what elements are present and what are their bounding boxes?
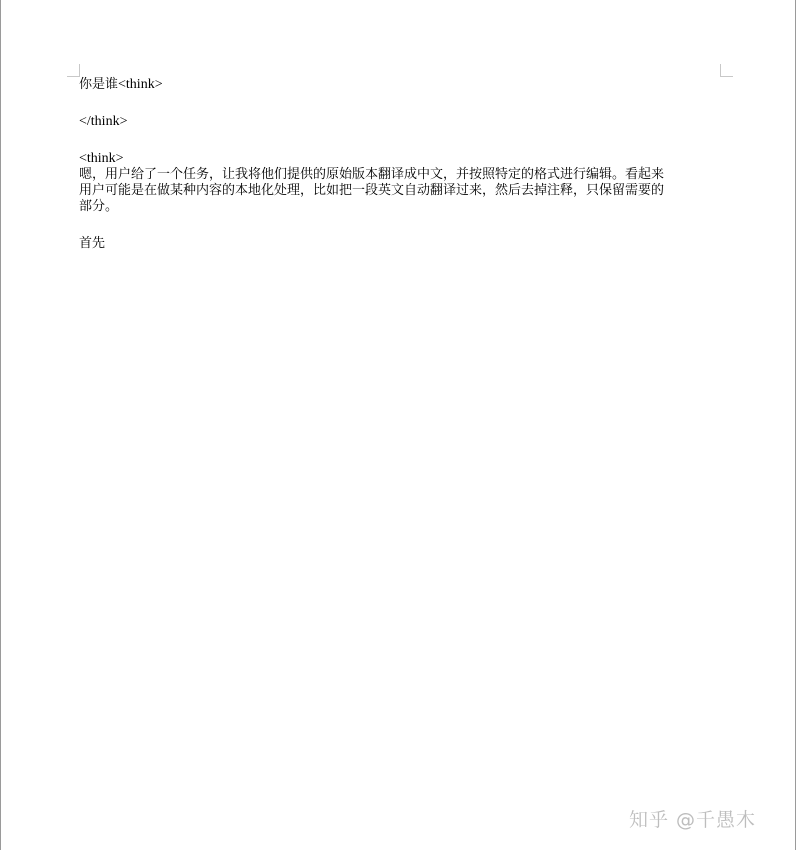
- paragraph-line-2: 用户可能是在做某种内容的本地化处理，比如把一段英文自动翻译过来，然后去掉注释，只…: [79, 183, 719, 199]
- margin-corner-top-right: [720, 64, 733, 77]
- document-page: 你是谁<think> </think> <think> 嗯，用户给了一个任务，让…: [0, 0, 796, 850]
- line-question: 你是谁<think>: [79, 76, 719, 93]
- document-body[interactable]: 你是谁<think> </think> <think> 嗯，用户给了一个任务，让…: [79, 76, 719, 252]
- think-open-tag: <think>: [118, 77, 163, 92]
- question-text: 你是谁: [79, 77, 118, 92]
- paragraph-line-1: 嗯，用户给了一个任务，让我将他们提供的原始版本翻译成中文，并按照特定的格式进行编…: [79, 167, 719, 183]
- think-open-tag-2: <think>: [79, 151, 719, 167]
- last-line: 首先: [79, 236, 719, 252]
- paragraph-line-3: 部分。: [79, 199, 719, 215]
- think-close-tag: </think>: [79, 114, 719, 130]
- zhihu-watermark: 知乎 @千愚木: [629, 805, 756, 832]
